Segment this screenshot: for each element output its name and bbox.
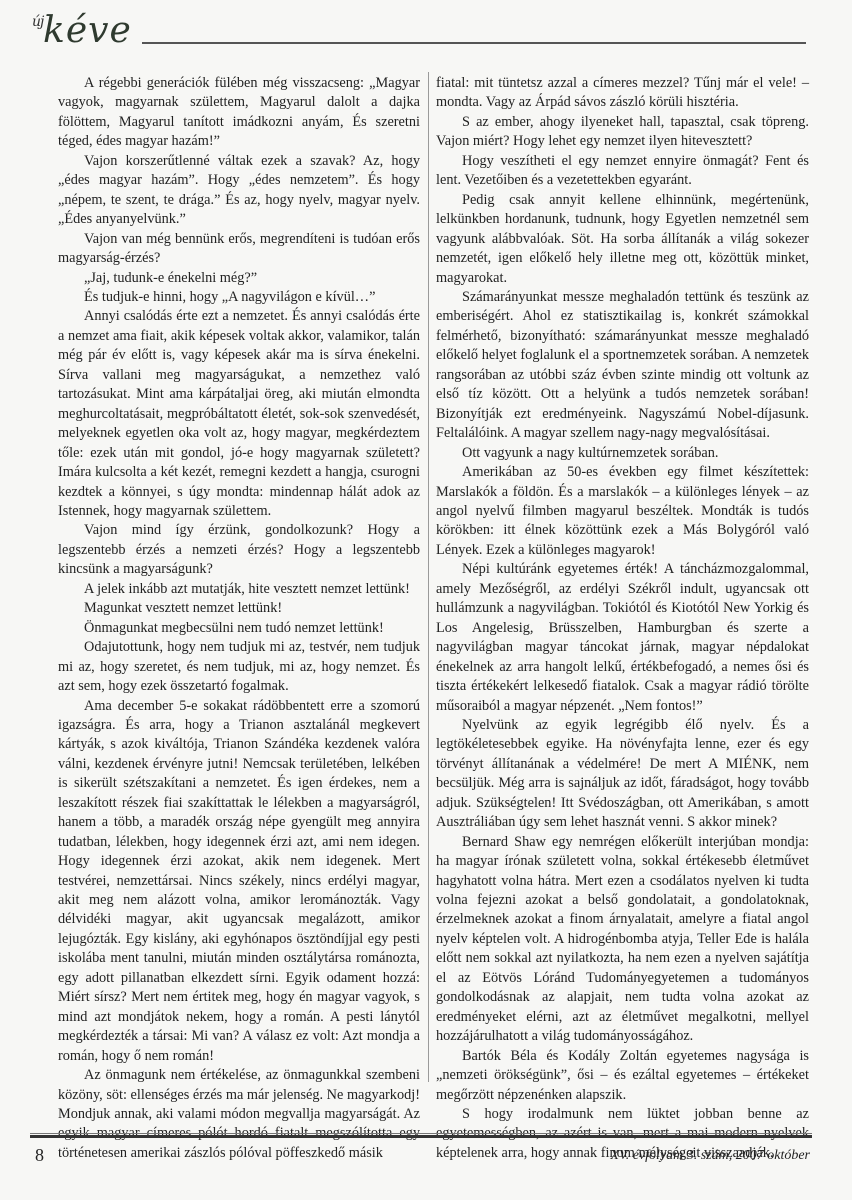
issue-info: XV. évfolyam 3. szám, 2007 október xyxy=(610,1148,810,1164)
paragraph: Ama december 5-e sokakat rádöbbentett er… xyxy=(58,697,420,1067)
paragraph: Az önmagunk nem értékelése, az önmagunkk… xyxy=(58,1066,420,1163)
paragraph: Pedig csak annyit kellene elhinnünk, meg… xyxy=(436,191,809,288)
masthead: új kéve xyxy=(30,10,810,60)
paragraph: fiatal: mit tüntetsz azzal a címeres mez… xyxy=(436,74,809,113)
paragraph: És tudjuk-e hinni, hogy „A nagyvilágon e… xyxy=(58,288,420,307)
paragraph: A jelek inkább azt mutatják, hite veszte… xyxy=(58,580,420,599)
article-right-column: fiatal: mit tüntetsz azzal a címeres mez… xyxy=(436,74,809,1163)
column-divider xyxy=(428,72,429,1082)
article-left-column: A régebbi generációk fülében még visszac… xyxy=(58,74,420,1163)
masthead-rule xyxy=(142,42,806,44)
paragraph: Ott vagyunk a nagy kultúrnemzetek sorába… xyxy=(436,444,809,463)
paragraph: Bernard Shaw egy nemrégen előkerült inte… xyxy=(436,833,809,1047)
footer-rule xyxy=(30,1133,812,1138)
paragraph: Nyelvünk az egyik legrégibb élő nyelv. É… xyxy=(436,716,809,833)
paragraph: Számarányunkat messze meghaladón tettünk… xyxy=(436,288,809,444)
paragraph: Vajon mind így érzünk, gondolkozunk? Hog… xyxy=(58,521,420,579)
page-number: 8 xyxy=(35,1145,44,1166)
paragraph: Magunkat vesztett nemzet lettünk! xyxy=(58,599,420,618)
paragraph: Népi kultúránk egyetemes érték! A tánchá… xyxy=(436,560,809,716)
paragraph: Bartók Béla és Kodály Zoltán egyetemes n… xyxy=(436,1047,809,1105)
paragraph: Amerikában az 50-es években egy filmet k… xyxy=(436,463,809,560)
paragraph: A régebbi generációk fülében még visszac… xyxy=(58,74,420,152)
paragraph: Önmagunkat megbecsülni nem tudó nemzet l… xyxy=(58,619,420,638)
paragraph: „Jaj, tudunk-e énekelni még?” xyxy=(58,269,420,288)
paragraph: Odajutottunk, hogy nem tudjuk mi az, tes… xyxy=(58,638,420,696)
paragraph: Annyi csalódás érte ezt a nemzetet. És a… xyxy=(58,307,420,521)
masthead-prefix: új xyxy=(32,14,43,30)
paragraph: Hogy veszítheti el egy nemzet ennyire ön… xyxy=(436,152,809,191)
paragraph: Vajon korszerűtlenné váltak ezek a szava… xyxy=(58,152,420,230)
masthead-title: kéve xyxy=(43,10,132,51)
paragraph: S az ember, ahogy ilyeneket hall, tapasz… xyxy=(436,113,809,152)
paragraph: Vajon van még bennünk erős, megrendíteni… xyxy=(58,230,420,269)
